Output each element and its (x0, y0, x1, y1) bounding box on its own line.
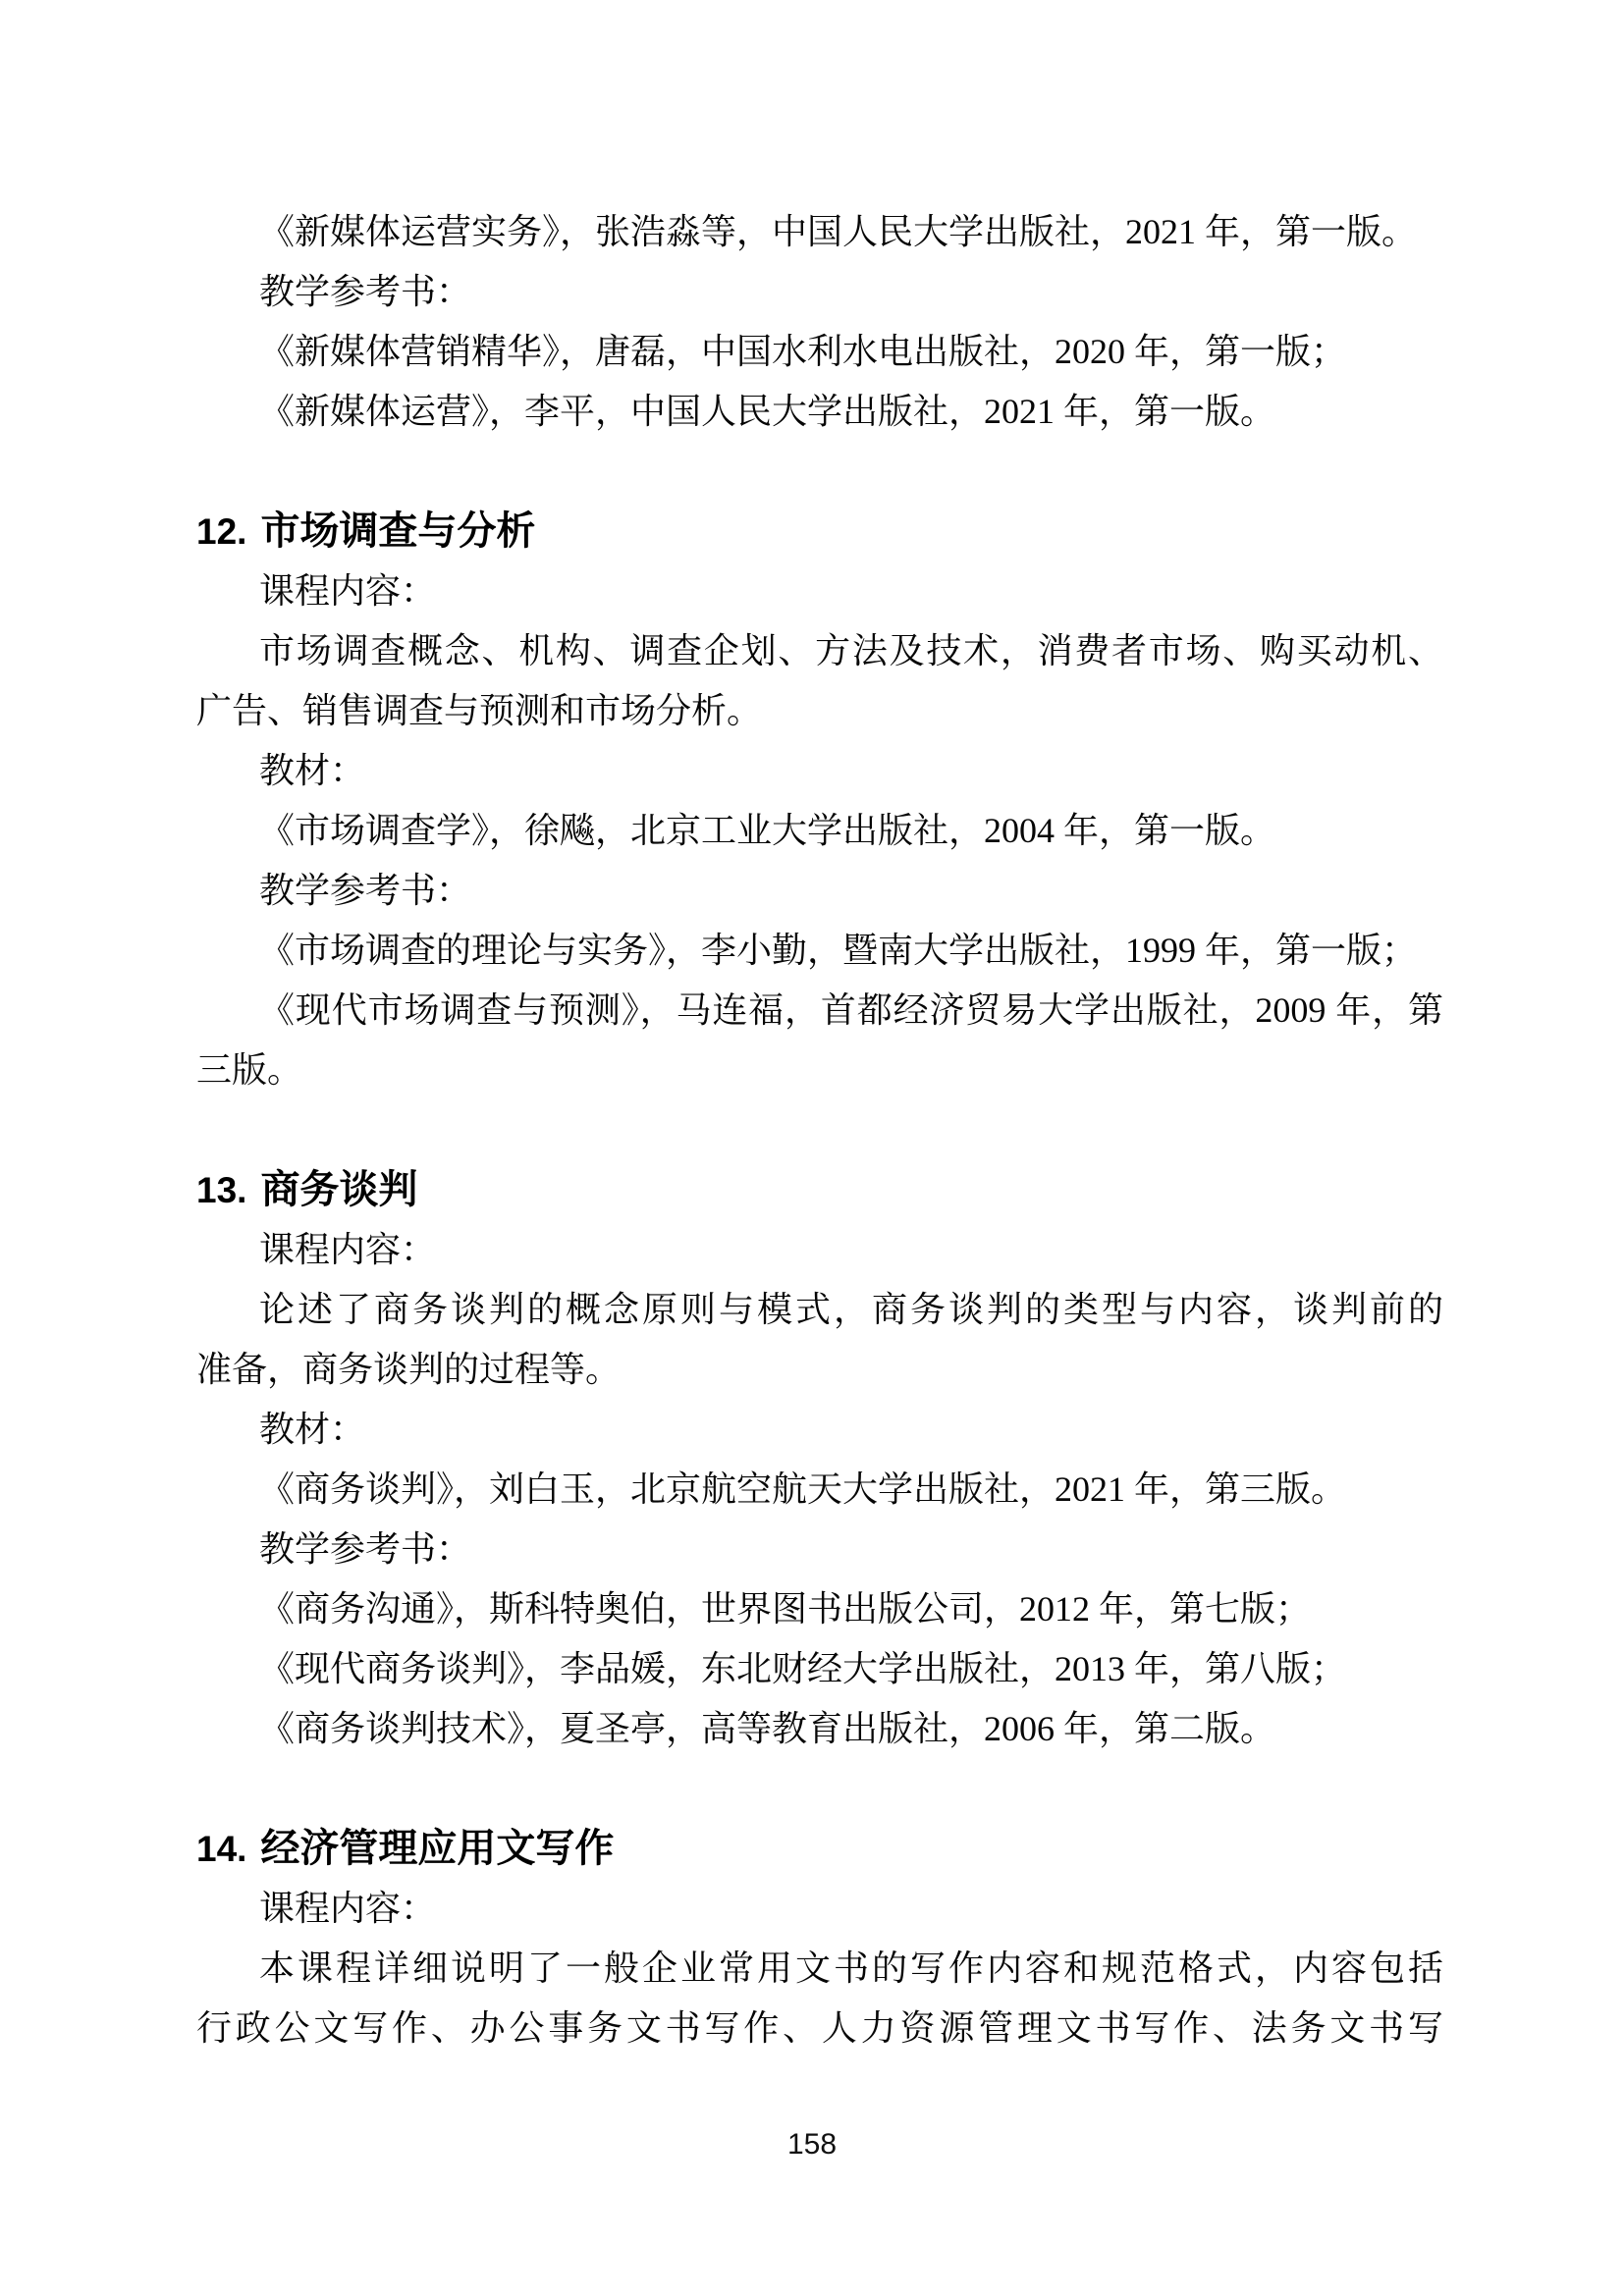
label-reference-books: 教学参考书： (196, 1520, 1443, 1579)
paragraph-line: 《新媒体营销精华》，唐磊，中国水利水电出版社，2020 年，第一版； (196, 322, 1443, 382)
label-reference-books: 教学参考书： (196, 262, 1443, 322)
paragraph-line: 广告、销售调查与预测和市场分析。 (196, 681, 1443, 741)
paragraph-line: 论述了商务谈判的概念原则与模式，商务谈判的类型与内容，谈判前的 (196, 1280, 1443, 1340)
document-page: 《新媒体运营实务》，张浩淼等，中国人民大学出版社，2021 年，第一版。 教学参… (0, 0, 1624, 2296)
paragraph-line: 三版。 (196, 1041, 1443, 1100)
page-number: 158 (0, 2128, 1624, 2162)
paragraph-line: 《市场调查的理论与实务》，李小勤，暨南大学出版社，1999 年，第一版； (196, 921, 1443, 981)
label-reference-books: 教学参考书： (196, 861, 1443, 921)
paragraph-line: 准备，商务谈判的过程等。 (196, 1340, 1443, 1400)
paragraph-line: 《现代市场调查与预测》，马连福，首都经济贸易大学出版社，2009 年，第 (196, 981, 1443, 1041)
section-heading-13: 13.商务谈判 (196, 1160, 1443, 1220)
label-textbook: 教材： (196, 741, 1443, 801)
paragraph-line: 《商务沟通》，斯科特奥伯，世界图书出版公司，2012 年，第七版； (196, 1579, 1443, 1639)
section-title: 经济管理应用文写作 (260, 1827, 614, 1870)
paragraph-line: 本课程详细说明了一般企业常用文书的写作内容和规范格式，内容包括 (196, 1939, 1443, 1999)
paragraph-line: 《商务谈判》，刘白玉，北京航空航天大学出版社，2021 年，第三版。 (196, 1460, 1443, 1520)
section-title: 商务谈判 (260, 1168, 417, 1211)
label-textbook: 教材： (196, 1400, 1443, 1460)
section-heading-12: 12.市场调查与分析 (196, 502, 1443, 561)
paragraph-line: 行政公文写作、办公事务文书写作、人力资源管理文书写作、法务文书写 (196, 1999, 1443, 2058)
paragraph-line: 市场调查概念、机构、调查企划、方法及技术，消费者市场、购买动机、 (196, 621, 1443, 681)
label-course-content: 课程内容： (196, 1220, 1443, 1280)
label-course-content: 课程内容： (196, 561, 1443, 621)
document-body: 《新媒体运营实务》，张浩淼等，中国人民大学出版社，2021 年，第一版。 教学参… (196, 202, 1443, 2058)
section-title: 市场调查与分析 (260, 509, 535, 553)
paragraph-line: 《现代商务谈判》，李品媛，东北财经大学出版社，2013 年，第八版； (196, 1639, 1443, 1699)
paragraph-line: 《市场调查学》，徐飚，北京工业大学出版社，2004 年，第一版。 (196, 801, 1443, 861)
section-number: 14. (196, 1829, 246, 1869)
paragraph-line: 《新媒体运营实务》，张浩淼等，中国人民大学出版社，2021 年，第一版。 (196, 202, 1443, 262)
label-course-content: 课程内容： (196, 1879, 1443, 1939)
section-number: 12. (196, 511, 246, 552)
section-heading-14: 14.经济管理应用文写作 (196, 1819, 1443, 1879)
paragraph-line: 《商务谈判技术》，夏圣亭，高等教育出版社，2006 年，第二版。 (196, 1699, 1443, 1759)
paragraph-line: 《新媒体运营》，李平，中国人民大学出版社，2021 年，第一版。 (196, 382, 1443, 442)
section-number: 13. (196, 1170, 246, 1210)
